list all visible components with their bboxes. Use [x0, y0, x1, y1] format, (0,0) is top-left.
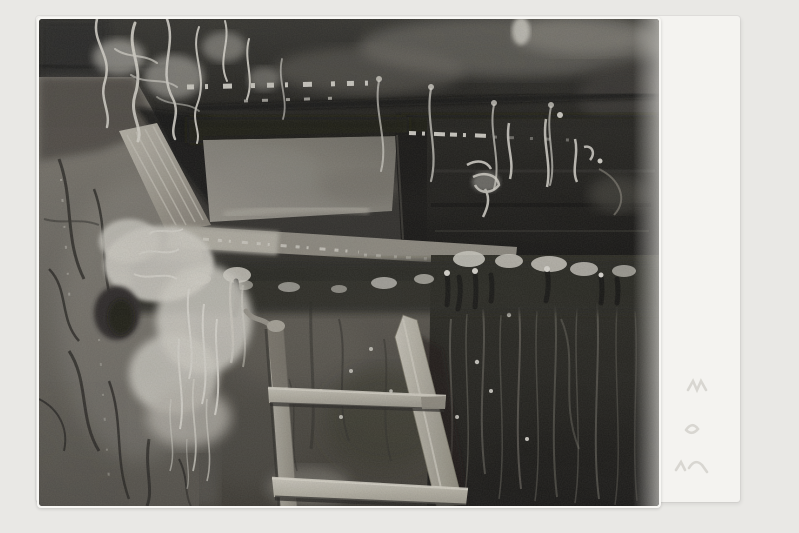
- pencil-impression: [688, 381, 706, 390]
- photograph-image: [39, 19, 659, 506]
- pencil-impression: [686, 425, 698, 433]
- scan-background: [0, 0, 799, 533]
- edge-fade: [633, 19, 659, 506]
- handwriting-ghost: [674, 372, 724, 492]
- photo-grain: [39, 19, 659, 506]
- photograph: [37, 17, 661, 508]
- pencil-impression: [676, 462, 707, 472]
